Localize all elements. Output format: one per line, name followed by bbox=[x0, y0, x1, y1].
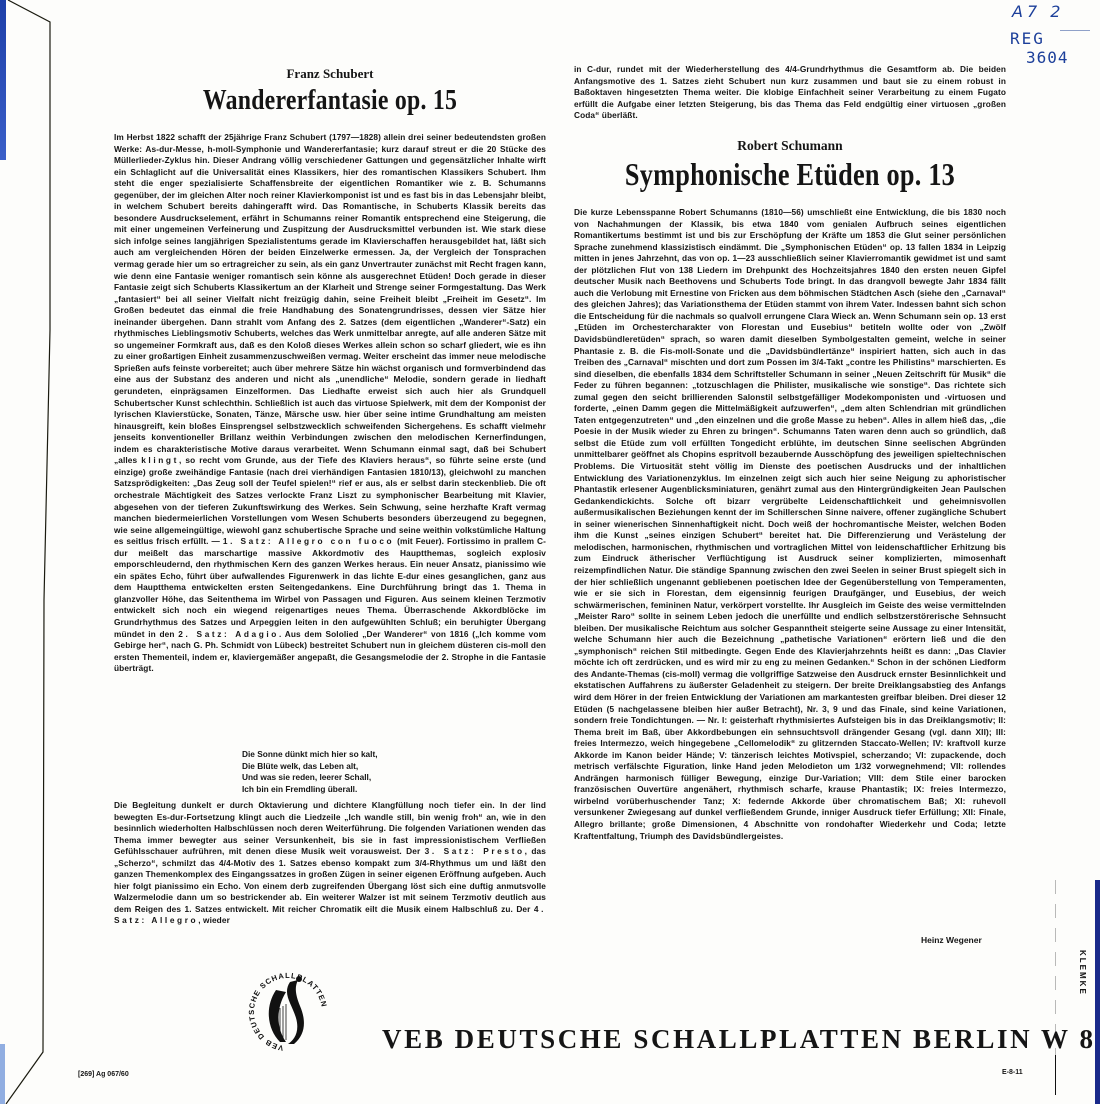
poem-line: Ich bin ein Fremdling überall. bbox=[242, 784, 378, 796]
schubert-klingt-emphasis: klingt bbox=[141, 455, 179, 465]
schubert-paragraph-2c: , wieder bbox=[198, 915, 230, 925]
printer-name: KLEMKE bbox=[1078, 950, 1087, 996]
schubert-text-part-2: Die Begleitung dunkelt er durch Oktavier… bbox=[114, 800, 546, 927]
satz-1-label: 1. Satz: Allegro con fuoco bbox=[223, 536, 394, 546]
spine-line bbox=[1055, 880, 1056, 1100]
schubert-work-title: Wandererfantasie op. 15 bbox=[141, 84, 518, 117]
handwritten-archive-mark: A7 2 bbox=[1012, 2, 1064, 21]
wanderer-poem: Die Sonne dünkt mich hier so kalt, Die B… bbox=[242, 749, 378, 795]
schubert-paragraph-2b: , das „Scherzo“, schmilzt das 4/4-Motiv … bbox=[114, 846, 546, 914]
schubert-paragraph-1: Im Herbst 1822 schafft der 25jährige Fra… bbox=[114, 132, 546, 465]
schubert-continuation: in C-dur, rundet mit der Wiederherstellu… bbox=[574, 64, 1006, 122]
liner-notes-author: Heinz Wegener bbox=[921, 935, 982, 945]
poem-line: Die Sonne dünkt mich hier so kalt, bbox=[242, 749, 378, 761]
poem-line: Und was sie reden, leerer Schall, bbox=[242, 772, 378, 784]
catalog-code: E-8-11 bbox=[1002, 1069, 1023, 1076]
stamp-divider bbox=[1060, 30, 1090, 31]
print-code: [269] Ag 067/60 bbox=[78, 1071, 129, 1078]
schubert-paragraph-1c: (mit Feuer). Fortissimo in prallem C-dur… bbox=[114, 536, 546, 638]
veb-deutsche-schallplatten-logo: VEB DEUTSCHE SCHALLPLATTEN bbox=[246, 968, 330, 1058]
poem-line: Die Blüte welk, das Leben alt, bbox=[242, 761, 378, 773]
reg-stamp-label: REG bbox=[1010, 30, 1045, 47]
schumann-work-title: Symphonische Etüden op. 13 bbox=[601, 156, 978, 193]
sleeve-fold-line bbox=[0, 0, 60, 1104]
schumann-text: Die kurze Lebensspanne Robert Schumanns … bbox=[574, 207, 1006, 842]
satz-2-label: 2. Satz: Adagio bbox=[178, 629, 279, 639]
svg-text:VEB DEUTSCHE SCHALLPLATTEN: VEB DEUTSCHE SCHALLPLATTEN bbox=[247, 971, 329, 1053]
sleeve-edge-right bbox=[1095, 880, 1100, 1104]
reg-stamp-number: 3604 bbox=[1026, 48, 1069, 67]
satz-3-label: 3. Satz: Presto bbox=[425, 846, 525, 856]
schubert-composer: Franz Schubert bbox=[114, 66, 546, 82]
publisher-name: VEB DEUTSCHE SCHALLPLATTEN BERLIN W 8 bbox=[382, 1024, 1096, 1055]
schumann-composer: Robert Schumann bbox=[574, 138, 1006, 154]
schubert-paragraph-1b: , so recht vom Grunde, aus der Tiefe des… bbox=[114, 455, 546, 546]
schubert-text-part-1: Im Herbst 1822 schafft der 25jährige Fra… bbox=[114, 132, 546, 675]
